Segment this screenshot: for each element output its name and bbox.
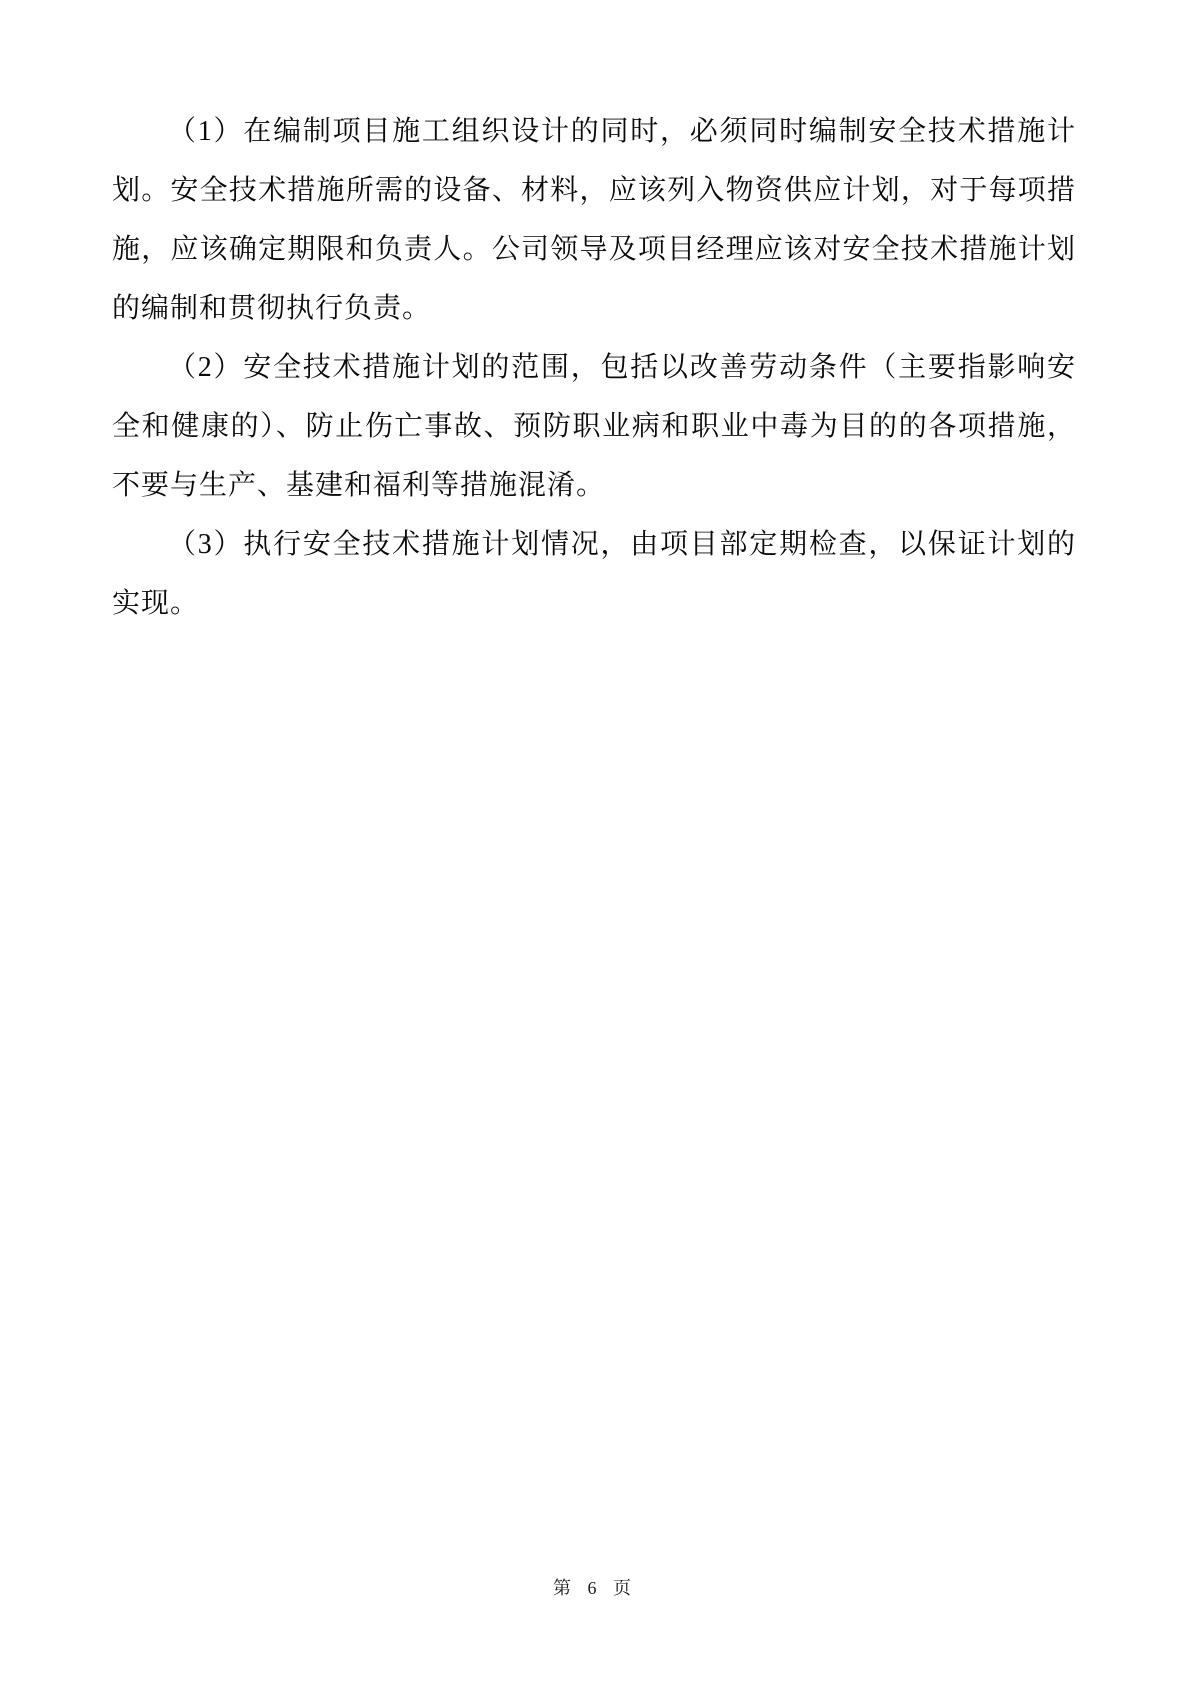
page-footer: 第 6 页 <box>0 1574 1190 1600</box>
paragraph-3: （3）执行安全技术措施计划情况，由项目部定期检查，以保证计划的实现。 <box>112 515 1076 633</box>
page-number: 第 6 页 <box>553 1578 637 1598</box>
document-page: （1）在编制项目施工组织设计的同时，必须同时编制安全技术措施计划。安全技术措施所… <box>0 0 1190 1683</box>
document-body: （1）在编制项目施工组织设计的同时，必须同时编制安全技术措施计划。安全技术措施所… <box>112 102 1076 633</box>
paragraph-2: （2）安全技术措施计划的范围，包括以改善劳动条件（主要指影响安全和健康的）、防止… <box>112 338 1076 515</box>
paragraph-1: （1）在编制项目施工组织设计的同时，必须同时编制安全技术措施计划。安全技术措施所… <box>112 102 1076 338</box>
